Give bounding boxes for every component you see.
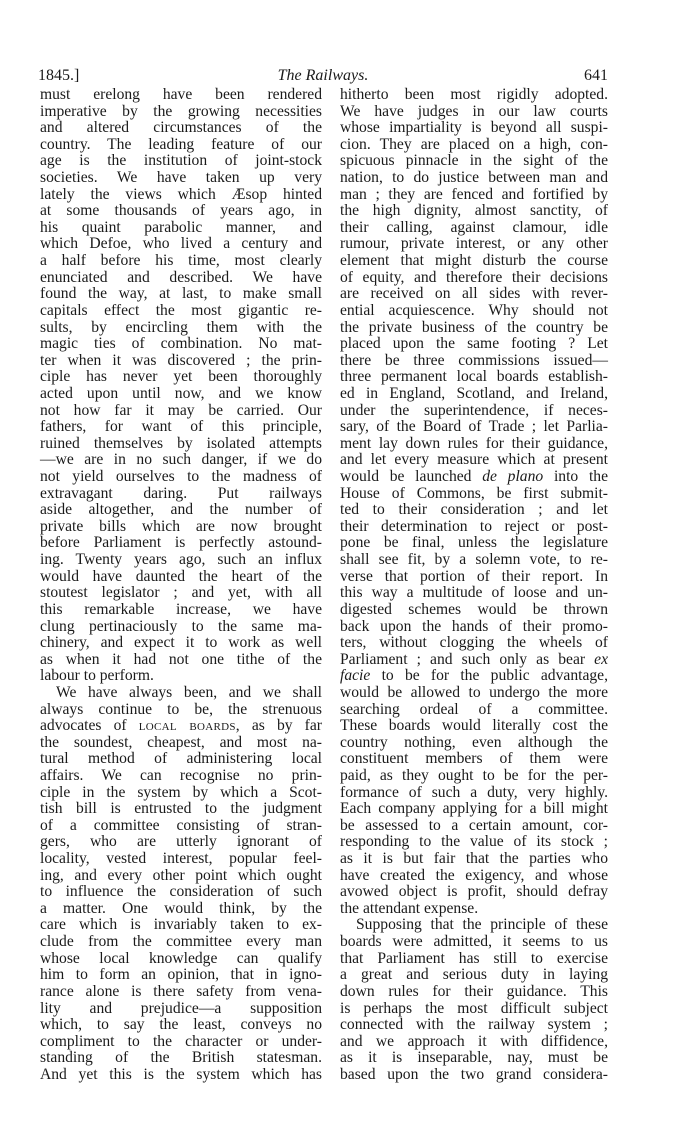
text-line: labour to perform. [40,668,322,685]
text-line: would have daunted the heart of the [40,569,322,586]
text-line: facie to be for the public advantage, [340,668,608,685]
text-line: the soundest, cheapest, and most na- [40,735,322,752]
text-line: pone be final, unless the legislature [340,535,608,552]
text-line: lately the views which Æsop hinted [40,187,322,204]
text-line: be assessed to a certain amount, cor- [340,818,608,835]
left-column: must erelong have been renderedimperativ… [40,87,322,1084]
text-line: standing of the British statesman. [40,1050,322,1067]
text-line: is perhaps the most difficult subject [340,1001,608,1018]
italic-phrase: de plano [482,468,543,485]
text-line: the attendant expense. [340,901,608,918]
text-line: a great and serious duty in laying [340,967,608,984]
text-line: sary, of the Board of Trade ; let Parlia… [340,419,608,436]
text-line: advocates of local boards, as by far [40,718,322,735]
text-line: that Parliament has still to exercise [340,951,608,968]
text-line: country nothing, even although the [340,735,608,752]
text-line: the high dignity, almost sanctity, of [340,203,608,220]
text-line: his quaint parabolic manner, and [40,220,322,237]
text-line: —we are in no such danger, if we do [40,452,322,469]
text-line: ruined themselves by isolated attempts [40,436,322,453]
text-line: paid, as they ought to be for the per- [340,768,608,785]
text-line: And yet this is the system which has [40,1067,322,1084]
text-line: private bills which are now brought [40,519,322,536]
text-run: Parliament ; and such only as bear [340,651,594,668]
text-line: magic ties of combination. No mat- [40,336,322,353]
text-line: and let every measure which at present [340,452,608,469]
text-line: ted to their consideration ; and let [340,502,608,519]
text-line: age is the institution of joint-stock [40,153,322,170]
text-line: cion. They are placed on a high, con- [340,137,608,154]
text-line: digested schemes would be thrown [340,602,608,619]
text-line: their determination to reject or post- [340,519,608,536]
text-line: affairs. We can recognise no prin- [40,768,322,785]
running-head: 1845.] The Railways. 641 [38,66,608,86]
text-line: to influence the consideration of such [40,884,322,901]
text-run: , as by far [236,717,322,734]
text-line: responding to the value of its stock ; [340,834,608,851]
text-line: We have judges in our law courts [340,104,608,121]
text-line: We have always been, and we shall [40,685,322,702]
text-line: back upon the hands of their promo- [340,619,608,636]
text-line: searching ordeal of a committee. [340,702,608,719]
text-line: placed upon the same footing ? Let [340,336,608,353]
text-line: which, to say the least, conveys no [40,1017,322,1034]
text-line: aside altogether, and the number of [40,502,322,519]
text-line: stoutest legislator ; and yet, with all [40,585,322,602]
text-line: ing, and every other point which ought [40,868,322,885]
text-line: and we approach it with diffidence, [340,1034,608,1051]
text-line: ing. Twenty years ago, such an influx [40,552,322,569]
text-line: this remarkable increase, we have [40,602,322,619]
text-line: constituent members of them were [340,751,608,768]
text-line: whose local knowledge can qualify [40,951,322,968]
text-line: would be launched de plano into the [340,469,608,486]
text-line: ters, without clogging the wheels of [340,635,608,652]
book-page: 1845.] The Railways. 641 must erelong ha… [0,0,681,1122]
text-line: fathers, for want of this principle, [40,419,322,436]
text-line: have created the exigency, and whose [340,868,608,885]
text-line: chinery, and expect it to work as well [40,635,322,652]
text-line: at some thousands of years ago, in [40,203,322,220]
text-line: country. The leading feature of our [40,137,322,154]
text-line: lity and prejudice—a supposition [40,1001,322,1018]
text-line: tish bill is entrusted to the judgment [40,801,322,818]
text-line: gers, who are utterly ignorant of [40,834,322,851]
text-line: down rules for their guidance. This [340,984,608,1001]
text-line: enunciated and described. We have [40,270,322,287]
text-line: ential acquiescence. Why should not [340,303,608,320]
text-line: nation, to do justice between man and [340,170,608,187]
running-head-title: The Railways. [38,66,608,86]
text-line: a matter. One would think, by the [40,901,322,918]
text-line: House of Commons, be first submit- [340,486,608,503]
text-line: spicuous pinnacle in the sight of the [340,153,608,170]
text-line: him to form an opinion, that in igno- [40,967,322,984]
text-line: extravagant daring. Put railways [40,486,322,503]
text-line: and altered circumstances of the [40,120,322,137]
text-line: three permanent local boards establish- [340,369,608,386]
text-line: acted upon until now, and we know [40,386,322,403]
text-line: ciple has never yet been thoroughly [40,369,322,386]
text-line: as it is inseparable, nay, must be [340,1050,608,1067]
text-line: clude from the committee every man [40,934,322,951]
text-line: sults, by encircling them with the [40,320,322,337]
text-line: avowed object is profit, should defray [340,884,608,901]
text-line: hitherto been most rigidly adopted. [340,87,608,104]
text-line: compliment to the character or under- [40,1034,322,1051]
text-line: shall see fit, by a solemn vote, to re- [340,552,608,569]
text-line: of a committee consisting of stran- [40,818,322,835]
small-caps-term: local boards [139,717,236,734]
text-line: formance of such a duty, very highly. [340,785,608,802]
text-line: not how far it may be carried. Our [40,403,322,420]
text-line: verse that portion of their report. In [340,569,608,586]
text-line: tural method of administering local [40,751,322,768]
text-line: ciple in the system by which a Scot- [40,785,322,802]
text-line: Supposing that the principle of these [340,917,608,934]
text-line: clung pertinaciously to the same ma- [40,619,322,636]
text-line: under the superintendence, if neces- [340,403,608,420]
right-column: hitherto been most rigidly adopted.We ha… [340,87,608,1084]
text-line: Parliament ; and such only as bear ex [340,652,608,669]
text-line: a half before his time, most clearly [40,253,322,270]
text-line: Each company applying for a bill might [340,801,608,818]
text-line: locality, vested interest, popular feel- [40,851,322,868]
text-line: care which is invariably taken to ex- [40,917,322,934]
text-line: boards were admitted, it seems to us [340,934,608,951]
text-run: into the [543,468,608,485]
text-line: not yield ourselves to the madness of [40,469,322,486]
text-run: to be for the public advantage, [370,667,608,684]
text-line: man ; they are fenced and fortified by [340,187,608,204]
text-line: ter when it was discovered ; the prin- [40,353,322,370]
text-line: based upon the two grand considera- [340,1067,608,1084]
text-line: there be three commissions issued— [340,353,608,370]
text-line: of equity, and therefore their decisions [340,270,608,287]
text-line: ment lay down rules for their guidance, [340,436,608,453]
text-line: before Parliament is perfectly astound- [40,535,322,552]
text-line: always continue to be, the strenuous [40,702,322,719]
text-line: rumour, private interest, or any other [340,236,608,253]
text-line: connected with the railway system ; [340,1017,608,1034]
page-number: 641 [584,66,608,86]
text-line: the private business of the country be [340,320,608,337]
text-line: found the way, at last, to make small [40,286,322,303]
text-line: must erelong have been rendered [40,87,322,104]
text-line: would be allowed to undergo the more [340,685,608,702]
text-run: advocates of [40,717,139,734]
text-line: These boards would literally cost the [340,718,608,735]
text-line: this way a multitude of loose and un- [340,585,608,602]
text-line: capitals effect the most gigantic re- [40,303,322,320]
text-line: societies. We have taken up very [40,170,322,187]
text-line: rance alone is there safety from vena- [40,984,322,1001]
text-line: as when it had not one tithe of the [40,652,322,669]
text-line: which Defoe, who lived a century and [40,236,322,253]
text-line: as it is but fair that the parties who [340,851,608,868]
italic-phrase: facie [340,667,370,684]
text-line: element that might disturb the course [340,253,608,270]
text-run: would be launched [340,468,482,485]
text-line: ed in England, Scotland, and Ireland, [340,386,608,403]
italic-phrase: ex [594,651,608,668]
text-line: their calling, against clamour, idle [340,220,608,237]
text-line: whose impartiality is beyond all suspi- [340,120,608,137]
text-line: are received on all sides with rever- [340,286,608,303]
text-line: imperative by the growing necessities [40,104,322,121]
